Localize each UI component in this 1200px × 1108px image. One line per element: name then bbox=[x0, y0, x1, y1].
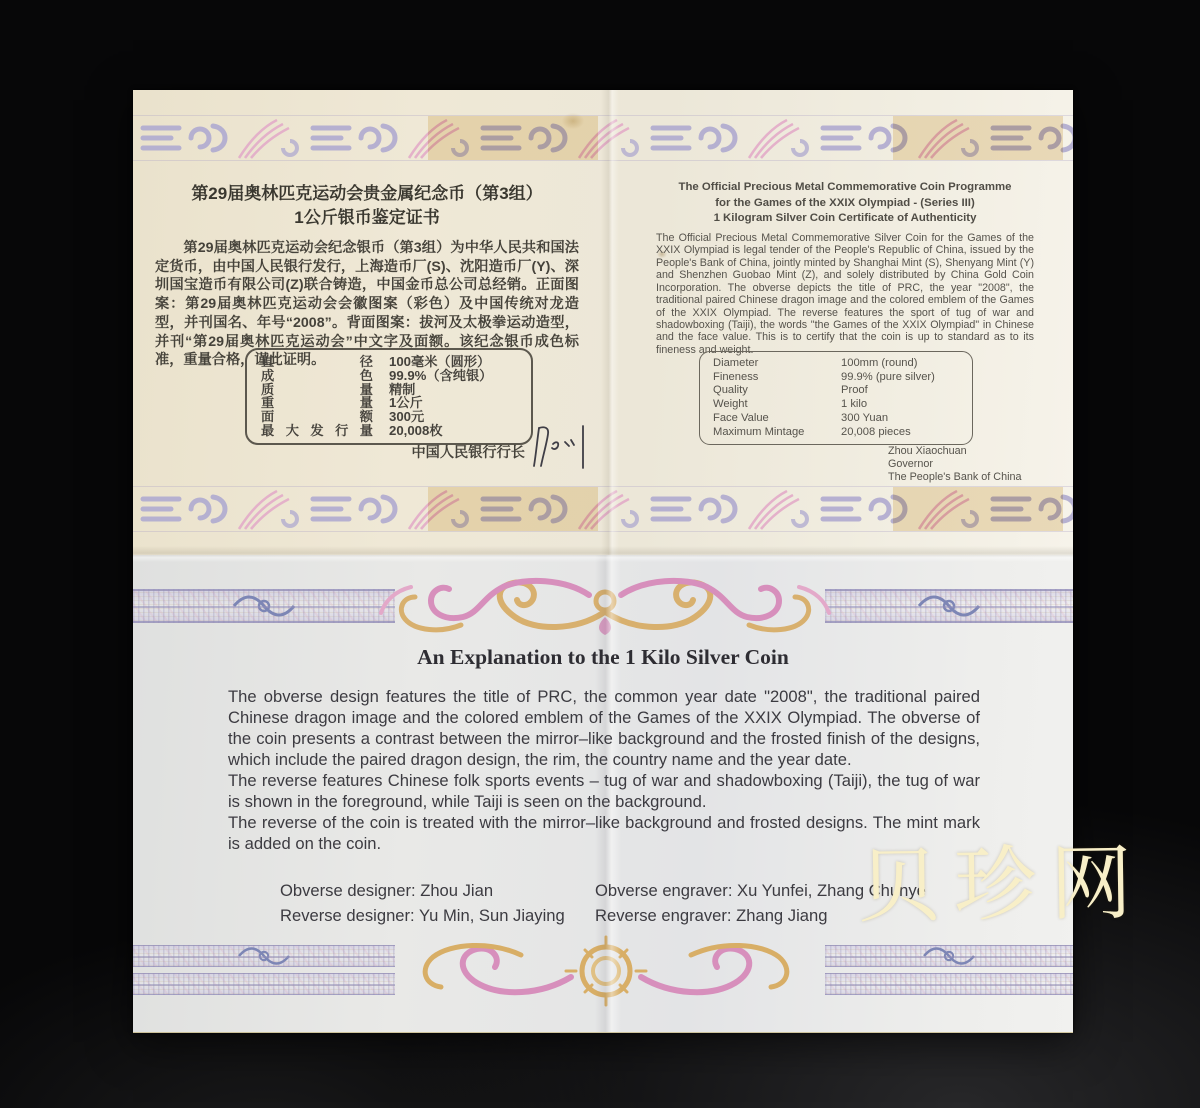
spec-value: 100mm (round) bbox=[841, 357, 917, 371]
site-watermark: 贝珍网 bbox=[857, 818, 1147, 939]
spec-value: 99.9%（含纯银） bbox=[389, 369, 492, 383]
spec-label: Weight bbox=[713, 398, 841, 412]
chinese-title-line1: 第29届奥林匹克运动会贵金属纪念币（第3组） bbox=[155, 182, 579, 206]
guilloche-strip bbox=[825, 589, 1073, 623]
photo-scene: 第29届奥林匹克运动会贵金属纪念币（第3组） 1公斤银币鉴定证书 第29届奥林匹… bbox=[0, 0, 1200, 1108]
spec-value: 1 kilo bbox=[841, 398, 867, 412]
obverse-designer-credit: Obverse designer: Zhou Jian bbox=[280, 878, 565, 903]
spec-label: Maximum Mintage bbox=[713, 426, 841, 440]
vertical-fold-crease bbox=[601, 90, 619, 555]
knot-icon bbox=[234, 945, 294, 967]
spec-value: 1公斤 bbox=[389, 396, 423, 410]
table-row: 最大发行量 20,008枚 bbox=[261, 424, 517, 438]
table-row: Maximum Mintage 20,008 pieces bbox=[713, 426, 959, 440]
guilloche-strip bbox=[133, 589, 395, 623]
chinese-title-line2: 1公斤银币鉴定证书 bbox=[155, 206, 579, 230]
english-spec-table: Diameter 100mm (round) Fineness 99.9% (p… bbox=[699, 351, 973, 445]
spec-value: 20,008 pieces bbox=[841, 426, 911, 440]
chinese-signer-title: 中国人民银行行长 bbox=[155, 442, 525, 462]
table-row: Weight 1 kilo bbox=[713, 398, 959, 412]
spec-label: Fineness bbox=[713, 371, 841, 385]
spec-label: 直径 bbox=[261, 355, 373, 369]
spec-label: Diameter bbox=[713, 357, 841, 371]
chinese-panel: 第29届奥林匹克运动会贵金属纪念币（第3组） 1公斤银币鉴定证书 第29届奥林匹… bbox=[155, 182, 579, 370]
english-title-line1: The Official Precious Metal Commemorativ… bbox=[656, 180, 1034, 196]
knot-icon bbox=[228, 593, 300, 619]
table-row: Face Value 300 Yuan bbox=[713, 412, 959, 426]
chinese-spec-table: 直径 100毫米（圆形） 成色 99.9%（含纯银） 质量 精制 重量 1公斤 … bbox=[245, 348, 533, 445]
english-panel: The Official Precious Metal Commemorativ… bbox=[656, 180, 1034, 356]
english-title-line3: 1 Kilogram Silver Coin Certificate of Au… bbox=[656, 211, 1034, 227]
horizontal-fold-crease bbox=[133, 546, 1073, 562]
signer-title: Governor bbox=[888, 458, 1022, 471]
guilloche-strip bbox=[133, 973, 395, 995]
spec-value: 99.9% (pure silver) bbox=[841, 371, 935, 385]
guilloche-strip bbox=[133, 945, 395, 967]
explanation-paragraph: The obverse design features the title of… bbox=[228, 686, 980, 770]
knot-icon bbox=[913, 593, 985, 619]
knot-icon bbox=[919, 945, 979, 967]
spec-label: Quality bbox=[713, 384, 841, 398]
governor-signature-icon bbox=[531, 422, 595, 477]
spec-label: 面额 bbox=[261, 410, 373, 424]
spec-label: 最大发行量 bbox=[261, 424, 373, 438]
guilloche-strip bbox=[825, 945, 1073, 967]
explanation-title: An Explanation to the 1 Kilo Silver Coin bbox=[228, 645, 978, 670]
table-row: 成色 99.9%（含纯银） bbox=[261, 369, 517, 383]
table-row: Quality Proof bbox=[713, 384, 959, 398]
english-signer-block: Zhou Xiaochuan Governor The People's Ban… bbox=[888, 445, 1022, 484]
spec-value: 300 Yuan bbox=[841, 412, 888, 426]
english-body-text: The Official Precious Metal Commemorativ… bbox=[656, 232, 1034, 357]
spec-value: 20,008枚 bbox=[389, 424, 443, 438]
designer-credits: Obverse designer: Zhou Jian Reverse desi… bbox=[280, 878, 565, 928]
table-row: 直径 100毫米（圆形） bbox=[261, 355, 517, 369]
guilloche-strip bbox=[825, 973, 1073, 995]
english-title-line2: for the Games of the XXIX Olympiad - (Se… bbox=[656, 196, 1034, 212]
spec-value: 300元 bbox=[389, 410, 424, 424]
spec-label: 成色 bbox=[261, 369, 373, 383]
table-row: Diameter 100mm (round) bbox=[713, 357, 959, 371]
reverse-designer-credit: Reverse designer: Yu Min, Sun Jiaying bbox=[280, 903, 565, 928]
signer-org: The People's Bank of China bbox=[888, 471, 1022, 484]
spec-value: Proof bbox=[841, 384, 868, 398]
spec-label: Face Value bbox=[713, 412, 841, 426]
table-row: 面额 300元 bbox=[261, 410, 517, 424]
spec-value: 100毫米（圆形） bbox=[389, 355, 490, 369]
signer-name: Zhou Xiaochuan bbox=[888, 445, 1022, 458]
paper-stain bbox=[558, 110, 588, 132]
table-row: Fineness 99.9% (pure silver) bbox=[713, 371, 959, 385]
explanation-paragraph: The reverse features Chinese folk sports… bbox=[228, 770, 980, 812]
